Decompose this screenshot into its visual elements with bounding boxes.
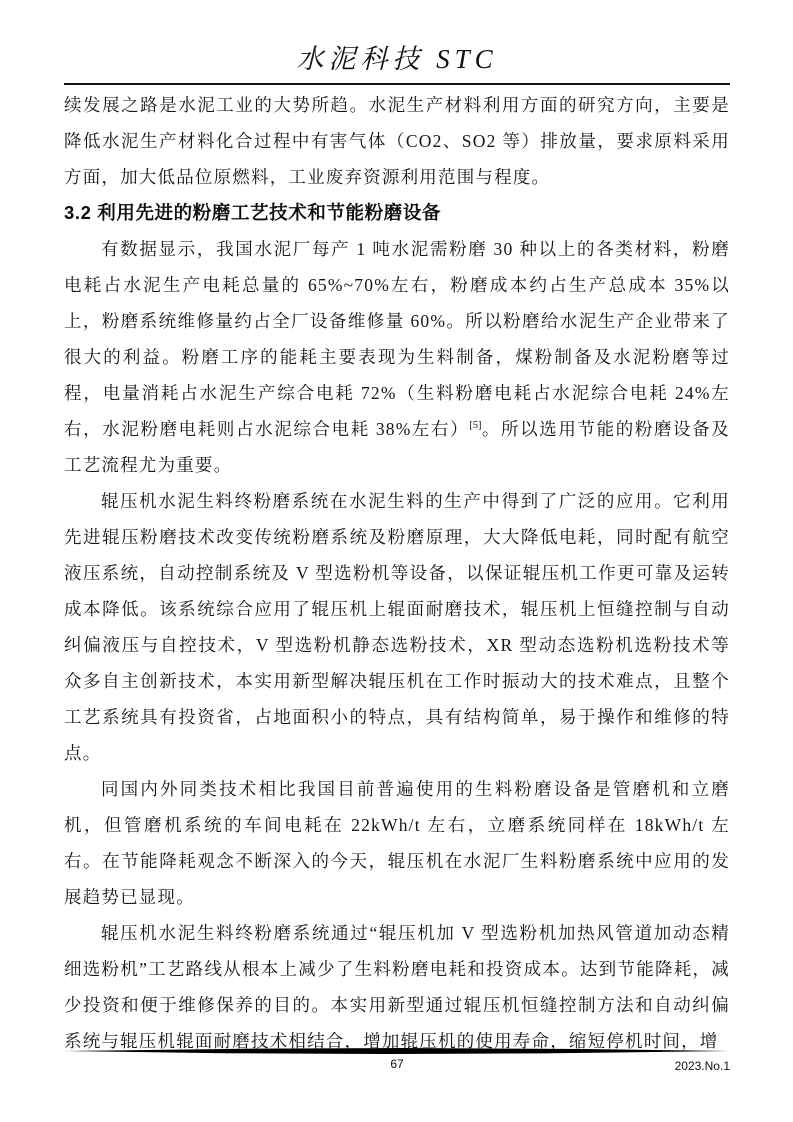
paragraph-grinding-statistics: 有数据显示，我国水泥厂每产 1 吨水泥需粉磨 30 种以上的各类材料，粉磨电耗占… xyxy=(64,231,730,483)
issue-label: 2023.No.1 xyxy=(675,1058,730,1074)
citation-ref-5: [5] xyxy=(469,420,481,431)
paragraph-process-route: 辊压机水泥生料终粉磨系统通过“辊压机加 V 型选粉机加热风管道加动态精细选粉机”… xyxy=(64,915,730,1059)
paragraph-continued-from-previous-page: 续发展之路是水泥工业的大势所趋。水泥生产材料利用方面的研究方向，主要是降低水泥生… xyxy=(64,87,730,195)
document-page: 水泥科技 STC 续发展之路是水泥工业的大势所趋。水泥生产材料利用方面的研究方向… xyxy=(0,0,793,1122)
article-body: 续发展之路是水泥工业的大势所趋。水泥生产材料利用方面的研究方向，主要是降低水泥生… xyxy=(64,87,730,1059)
page-header: 水泥科技 STC xyxy=(64,42,730,85)
paragraph-text-before-ref: 有数据显示，我国水泥厂每产 1 吨水泥需粉磨 30 种以上的各类材料，粉磨电耗占… xyxy=(64,239,730,439)
paragraph-domestic-comparison: 同国内外同类技术相比我国目前普遍使用的生料粉磨设备是管磨机和立磨机，但管磨机系统… xyxy=(64,771,730,915)
header-rule xyxy=(64,83,730,85)
page-footer: 67 2023.No.1 xyxy=(64,1056,730,1074)
page-number: 67 xyxy=(64,1056,730,1072)
paragraph-roller-press-system: 辊压机水泥生料终粉磨系统在水泥生料的生产中得到了广泛的应用。它利用先进辊压粉磨技… xyxy=(64,483,730,771)
footer-rule xyxy=(64,1048,730,1054)
journal-title: 水泥科技 STC xyxy=(64,42,730,76)
section-heading-3-2: 3.2 利用先进的粉磨工艺技术和节能粉磨设备 xyxy=(64,195,730,231)
